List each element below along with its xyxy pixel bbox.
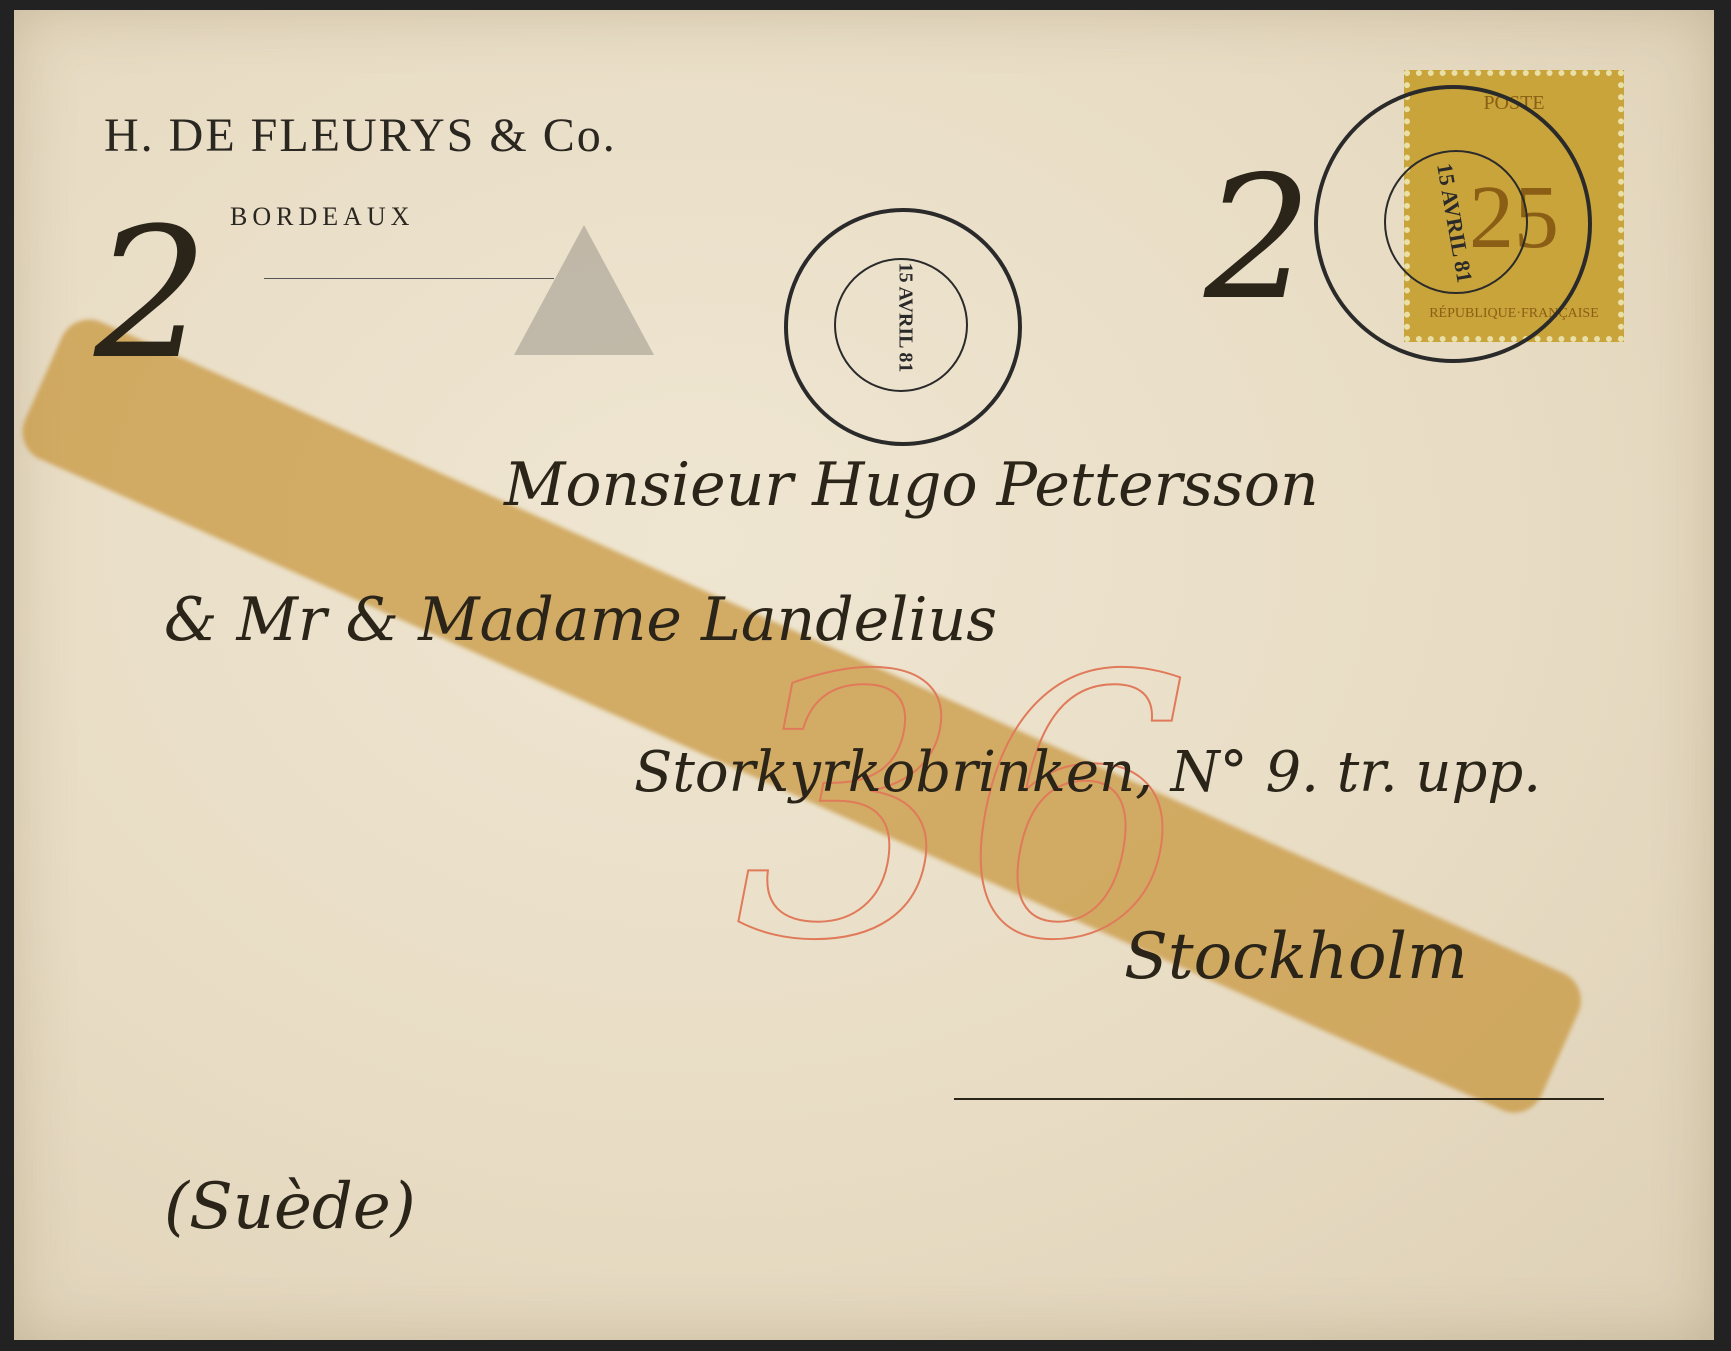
underline — [954, 1098, 1604, 1100]
manuscript-mark-left: 2 — [94, 190, 209, 399]
letterhead-firm: H. DE FLEURYS & Co. — [104, 108, 617, 163]
envelope: H. DE FLEURYS & Co. BORDEAUX 2 2 15 AVRI… — [14, 10, 1714, 1340]
manuscript-mark-right: 2 — [1204, 140, 1312, 338]
address-line-2: & Mr & Madame Landelius — [164, 585, 997, 655]
address-line-4: Stockholm — [1124, 920, 1468, 994]
address-line-1: Monsieur Hugo Pettersson — [504, 450, 1319, 520]
triangle-handstamp — [514, 225, 654, 355]
envelope-photo: H. DE FLEURYS & Co. BORDEAUX 2 2 15 AVRI… — [0, 0, 1731, 1351]
letterhead-rule — [264, 278, 554, 279]
postmark-secondary-date: 15 AVRIL 81 — [893, 263, 916, 373]
address-line-3: Storkyrkobrinken, N° 9. tr. upp. — [634, 740, 1541, 805]
letterhead-city: BORDEAUX — [230, 202, 414, 232]
address-country: (Suède) — [164, 1170, 416, 1244]
